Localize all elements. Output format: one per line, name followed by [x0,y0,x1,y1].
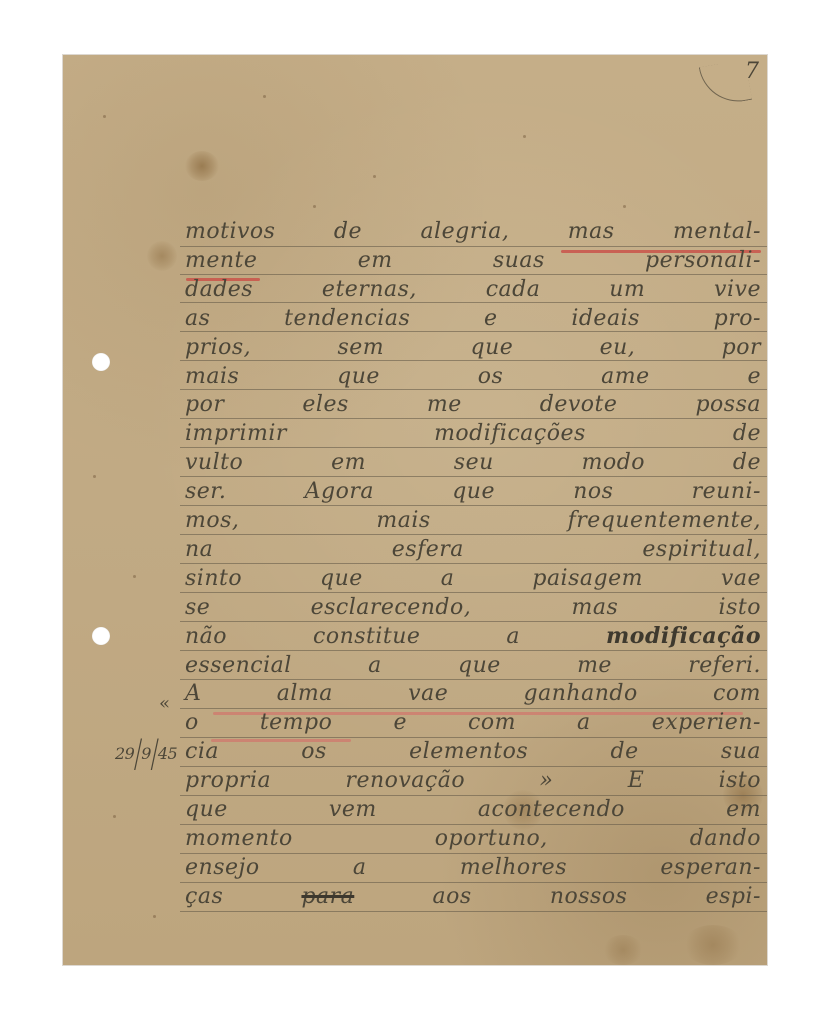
handwritten-word: ame [601,364,650,389]
handwritten-word: as [185,306,210,331]
handwritten-word: pro- [714,306,761,331]
handwritten-word: os [478,364,504,389]
handwritten-word: a [506,624,520,649]
manuscript-line: mos,maisfrequentemente, [63,506,767,535]
ink-stain [185,151,219,181]
handwritten-word: motivos [185,219,275,244]
handwritten-word: sua [721,739,761,764]
paper-speck [103,115,106,118]
handwritten-word: não [185,624,227,649]
manuscript-line: nãoconstitueamodificação [63,622,767,651]
line-content: Aalmavaeganhandocom [185,681,761,706]
scan-canvas: 7 « 29/9/45 [0,0,829,1024]
line-content: otempoecomaexperien- [185,710,761,735]
handwritten-word: esclarecendo, [311,595,472,620]
handwritten-word: eternas, [322,277,417,302]
handwritten-word: Agora [305,479,374,504]
line-content: sintoqueapaisagemvae [185,566,761,591]
handwritten-word: que [320,566,363,591]
line-content: essencialaquemereferi. [185,653,761,678]
handwritten-word: tendencias [284,306,410,331]
handwritten-word: isto [719,768,761,793]
manuscript-line: momentooportuno,dando [63,824,767,853]
handwritten-word: A [185,681,201,706]
handwritten-word: frequentemente, [568,508,761,533]
handwritten-word: paisagem [532,566,643,591]
handwritten-word: nossos [550,884,628,909]
handwritten-word: e [393,710,407,735]
line-content: naesferaespiritual, [185,537,761,562]
handwritten-word: cada [486,277,541,302]
manuscript-line: imprimirmodificaçõesde [63,419,767,448]
handwritten-word: mente [185,248,257,273]
handwritten-word: imprimir [185,421,287,446]
manuscript-line: Aalmavaeganhandocom [63,679,767,708]
handwritten-word: que [185,797,228,822]
handwritten-word: modificação [606,623,761,649]
handwritten-word: prios, [185,335,251,360]
handwritten-word: se [185,595,210,620]
handwritten-word: devote [540,392,618,417]
handwritten-word: ideais [571,306,640,331]
handwritten-word: elementos [409,739,528,764]
handwritten-word: me [577,653,612,678]
manuscript-line: seesclarecendo,masisto [63,593,767,622]
handwritten-word: de [610,739,638,764]
handwritten-word: modificações [434,421,586,446]
handwritten-word: tempo [260,710,333,735]
handwritten-word: de [733,450,761,475]
line-content: prios,semqueeu,por [185,335,761,360]
manuscript-line: çasparaaosnossosespi- [63,882,767,911]
handwritten-word: ensejo [185,855,260,880]
manuscript-page: 7 « 29/9/45 [63,55,767,965]
handwritten-word: dades [185,277,253,302]
paper-speck [153,915,156,918]
paper-speck [523,135,526,138]
manuscript-line: propriarenovação»Eisto [63,766,767,795]
handwritten-word: que [337,364,380,389]
handwritten-word: por [185,392,224,417]
line-content: quevemacontecendoem [185,797,761,822]
handwritten-word: aos [432,884,471,909]
manuscript-line: sintoqueapaisagemvae [63,564,767,593]
line-content: çasparaaosnossosespi- [185,884,761,909]
line-content: motivosdealegria,masmental- [185,219,761,244]
handwritten-word: com [713,681,761,706]
handwritten-word: mais [185,364,239,389]
handwritten-word: em [331,450,366,475]
handwritten-word: na [185,537,213,562]
handwritten-word: modo [582,450,645,475]
handwritten-word: reuni- [692,479,761,504]
line-content: ser.Agoraquenosreuni- [185,479,761,504]
handwritten-word: ças [185,884,223,909]
handwritten-word: dando [690,826,761,851]
handwritten-word: que [458,653,501,678]
handwritten-word: e [484,306,498,331]
paper-speck [263,95,266,98]
handwritten-word: sinto [185,566,242,591]
line-content: mos,maisfrequentemente, [185,508,761,533]
handwritten-word: mais [376,508,430,533]
line-content: maisqueosamee [185,364,761,389]
handwritten-word: me [427,392,462,417]
manuscript-line: astendenciaseideaispro- [63,304,767,333]
handwritten-word: eles [302,392,348,417]
line-content: dadeseternas,cadaumvive [185,277,761,302]
handwritten-word: que [452,479,495,504]
line-content: porelesmedevotepossa [185,392,761,417]
manuscript-line: vultoemseumodode [63,448,767,477]
manuscript-line: prios,semqueeu,por [63,333,767,362]
handwritten-word: para [301,884,354,909]
line-content: seesclarecendo,masisto [185,595,761,620]
handwritten-word: mos, [185,508,239,533]
manuscript-line: dadeseternas,cadaumvive [63,275,767,304]
manuscript-line: essencialaquemereferi. [63,651,767,680]
handwritten-word: suas [493,248,545,273]
handwritten-word: mental- [673,219,761,244]
handwritten-word: que [471,335,514,360]
manuscript-line: ciaoselementosdesua [63,737,767,766]
handwritten-word: essencial [185,653,292,678]
manuscript-line: quevemacontecendoem [63,795,767,824]
handwritten-word: a [577,710,591,735]
paper-speck [313,205,316,208]
line-content: ensejoamelhoresesperan- [185,855,761,880]
handwritten-word: melhores [460,855,567,880]
handwritten-word: vulto [185,450,243,475]
handwritten-word: momento [185,826,293,851]
handwritten-word: em [358,248,393,273]
paper-speck [373,175,376,178]
handwritten-word: seu [454,450,494,475]
handwritten-word: a [368,653,382,678]
handwritten-word: com [468,710,516,735]
manuscript-line: otempoecomaexperien- [63,708,767,737]
handwritten-word: sem [338,335,385,360]
handwritten-word: » [539,768,553,793]
manuscript-line: naesferaespiritual, [63,535,767,564]
handwritten-word: E [628,768,645,793]
handwritten-word: vae [721,566,761,591]
handwritten-word: por [722,335,761,360]
handwritten-word: personali- [645,248,761,273]
ruled-line [180,911,767,912]
handwritten-word: nos [573,479,613,504]
handwritten-word: ser. [185,479,226,504]
handwritten-word: mas [572,595,619,620]
handwritten-word: os [301,739,327,764]
manuscript-line: ser.Agoraquenosreuni- [63,477,767,506]
handwritten-word: espi- [706,884,761,909]
handwritten-word: cia [185,739,219,764]
handwritten-word: possa [695,392,761,417]
handwritten-word: vae [408,681,448,706]
handwritten-word: renovação [345,768,465,793]
handwritten-word: o [185,710,199,735]
handwritten-word: a [441,566,455,591]
handwritten-word: vem [329,797,377,822]
manuscript-line: maisqueosamee [63,362,767,391]
handwritten-word: alma [277,681,333,706]
line-content: ciaoselementosdesua [185,739,761,764]
handwritten-word: mas [568,219,615,244]
manuscript-line: ensejoamelhoresesperan- [63,853,767,882]
line-content: nãoconstitueamodificação [185,623,761,649]
manuscript-line: porelesmedevotepossa [63,390,767,419]
handwritten-word: alegria, [420,219,509,244]
handwritten-word: acontecendo [478,797,625,822]
handwritten-word: referi. [688,653,761,678]
handwritten-word: isto [719,595,761,620]
handwritten-word: constitue [313,624,420,649]
handwritten-word: espiritual, [642,537,761,562]
handwritten-word: de [733,421,761,446]
manuscript-line: motivosdealegria,masmental- [63,217,767,246]
handwritten-word: propria [185,768,271,793]
line-content: imprimirmodificaçõesde [185,421,761,446]
manuscript-line: menteemsuaspersonali- [63,246,767,275]
line-content: propriarenovação»Eisto [185,768,761,793]
page-number: 7 [745,59,759,84]
line-content: vultoemseumodode [185,450,761,475]
line-content: astendenciaseideaispro- [185,306,761,331]
handwritten-word: experien- [652,710,761,735]
handwritten-word: eu, [600,335,636,360]
handwritten-word: esperan- [660,855,761,880]
line-content: menteemsuaspersonali- [185,248,761,273]
handwritten-word: a [353,855,367,880]
handwritten-word: esfera [392,537,464,562]
handwritten-word: ganhando [524,681,638,706]
line-content: momentooportuno,dando [185,826,761,851]
ink-stain [603,935,643,965]
handwritten-word: de [334,219,362,244]
handwritten-word: e [747,364,761,389]
ink-stain [683,925,743,965]
handwritten-word: vive [714,277,761,302]
paper-speck [623,205,626,208]
handwritten-word: um [609,277,645,302]
handwritten-word: em [726,797,761,822]
handwritten-word: oportuno, [435,826,548,851]
